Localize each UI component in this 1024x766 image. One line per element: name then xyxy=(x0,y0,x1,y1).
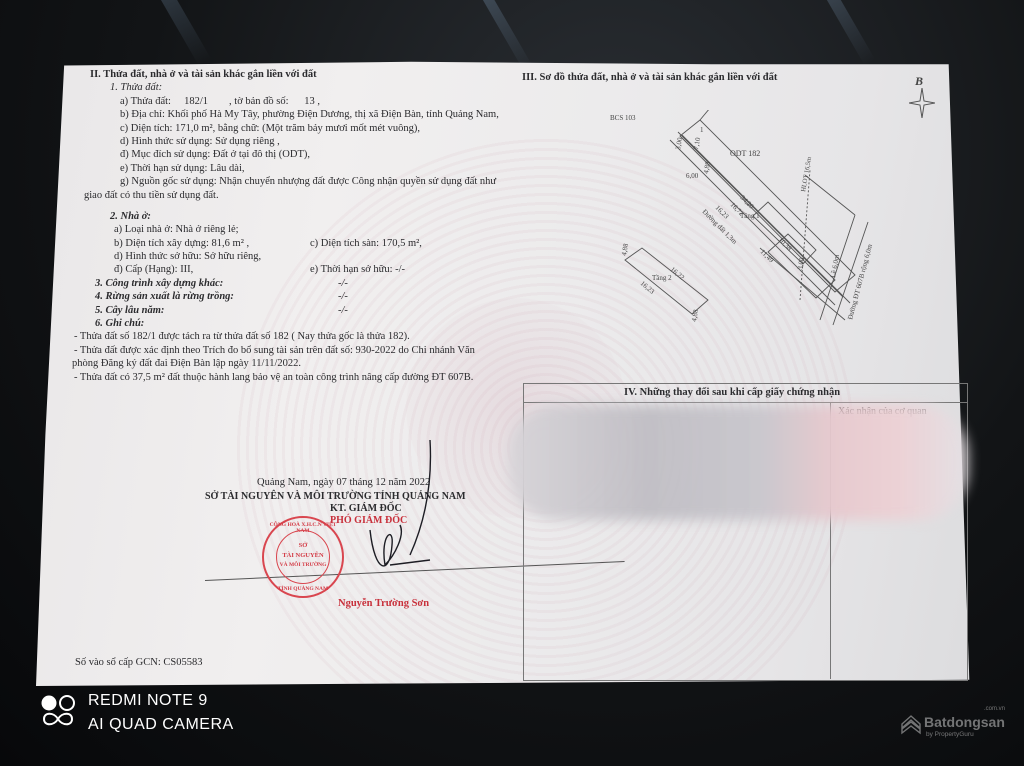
batdongsan-tagline: by PropertyGuru xyxy=(926,731,974,738)
signature-scribble xyxy=(350,435,460,575)
land-address: b) Địa chỉ: Khối phố Hà My Tây, phường Đ… xyxy=(90,108,520,121)
land-origin-cont: giao đất có thu tiền sử dụng đất. xyxy=(84,189,520,202)
diagram-label-odt: ODT 182 xyxy=(730,149,760,158)
svg-text:Lề 6,0m: Lề 6,0m xyxy=(829,253,841,278)
house-title: 2. Nhà ở: xyxy=(90,210,520,223)
land-use-purpose: đ) Mục đích sử dụng: Đất ở tại đô thị (O… xyxy=(90,148,520,161)
privacy-blur-overlay xyxy=(508,405,968,520)
house-build-area: b) Diện tích xây dựng: 81,6 m² , xyxy=(114,238,249,249)
diagram-label-corridor: HLOT 16,5m xyxy=(800,156,813,192)
svg-text:10,38: 10,38 xyxy=(777,236,794,253)
house-grade: đ) Cấp (Hạng): III, xyxy=(114,264,193,275)
parcel-diagram: BCS 103 ODT 182 1 3,00 7,10 6,00 4,88 34… xyxy=(590,110,890,370)
parcel-number: 182/1 xyxy=(184,96,208,107)
land-area: c) Diện tích: 171,0 m², bằng chữ: (Một t… xyxy=(90,122,520,135)
note-2-cont: phòng Đăng ký đất đai Điện Bàn lập ngày … xyxy=(72,357,520,370)
camera-tagline: AI QUAD CAMERA xyxy=(88,716,234,734)
perennial-trees: 5. Cây lâu năm: -/- xyxy=(90,304,520,317)
land-parcel: a) Thửa đất: 182/1 , tờ bản đồ số: 13 , xyxy=(90,95,520,108)
background-light-streak xyxy=(89,0,211,66)
camera-logo-icon xyxy=(40,694,76,728)
other-construction: 3. Công trình xây dựng khác: -/- xyxy=(90,277,520,290)
registry-number: Số vào sổ cấp GCN: CS05583 xyxy=(75,656,202,669)
signer-name: Nguyễn Trường Sơn xyxy=(338,598,429,609)
svg-text:6,00: 6,00 xyxy=(686,172,699,180)
house-ownership-term: e) Thời hạn sở hữu: -/- xyxy=(310,263,405,276)
land-use-form: d) Hình thức sử dụng: Sử dụng riêng , xyxy=(90,135,520,148)
house-type: a) Loại nhà ở: Nhà ở riêng lẻ; xyxy=(90,223,520,236)
official-red-stamp: CỘNG HOÀ X.H.C.N VIỆT NAM SỞ TÀI NGUYÊN … xyxy=(262,516,344,598)
batdongsan-domain: .com.vn xyxy=(984,706,1005,712)
batdongsan-brand: Batdongsan xyxy=(924,714,1005,730)
map-sheet-number: 13 xyxy=(304,96,315,107)
svg-text:4,88: 4,88 xyxy=(702,160,712,174)
diagram-label-floor1: Tầng 1 xyxy=(740,212,760,220)
land-use-term: e) Thời hạn sử dụng: Lâu dài, xyxy=(90,162,520,175)
diagram-label-road-dt607b: Đường ĐT 607B rộng 6,0m xyxy=(846,243,874,321)
land-origin: g) Nguồn gốc sử dụng: Nhận chuyển nhượng… xyxy=(90,175,520,188)
svg-text:7,10: 7,10 xyxy=(692,136,702,150)
section-ii: II. Thửa đất, nhà ở và tài sản khác gắn … xyxy=(90,68,520,384)
diagram-label-bcs: BCS 103 xyxy=(610,114,636,122)
note-3: - Thửa đất có 37,5 m² đất thuộc hành lan… xyxy=(74,371,520,384)
note-1: - Thửa đất số 182/1 được tách ra từ thửa… xyxy=(74,330,520,343)
svg-text:4,88: 4,88 xyxy=(690,308,700,322)
svg-text:1: 1 xyxy=(700,126,704,134)
north-label: B xyxy=(915,74,923,89)
section-ii-heading: II. Thửa đất, nhà ở và tài sản khác gắn … xyxy=(90,68,520,81)
diagram-label-floor2: Tầng 2 xyxy=(652,274,672,282)
section-iii-heading: III. Sơ đồ thửa đất, nhà ở và tài sản kh… xyxy=(522,72,777,83)
notes-title: 6. Ghi chú: xyxy=(90,317,520,330)
camera-model: REDMI NOTE 9 xyxy=(88,692,208,710)
note-2: - Thửa đất được xác định theo Trích đo b… xyxy=(74,344,520,357)
section-iv-heading: IV. Những thay đổi sau khi cấp giấy chứn… xyxy=(624,387,840,398)
north-arrow: B xyxy=(905,74,939,118)
svg-text:3,00: 3,00 xyxy=(674,136,684,150)
svg-text:11,49: 11,49 xyxy=(759,248,776,265)
house-areas: b) Diện tích xây dựng: 81,6 m² , c) Diện… xyxy=(90,237,520,250)
compass-star-icon xyxy=(909,88,935,118)
background-light-streak xyxy=(765,0,875,66)
svg-text:3,00: 3,00 xyxy=(796,256,806,270)
batdongsan-logo-icon xyxy=(900,714,922,736)
house-floor-area: c) Diện tích sàn: 170,5 m², xyxy=(310,237,422,250)
house-ownership: d) Hình thức sở hữu: Sở hữu riêng, xyxy=(90,250,520,263)
planted-forest: 4. Rừng sản xuất là rừng trồng: -/- xyxy=(90,290,520,303)
land-title: 1. Thửa đất: xyxy=(90,81,520,94)
svg-text:4,88: 4,88 xyxy=(620,242,630,256)
house-grade-row: đ) Cấp (Hạng): III, e) Thời hạn sở hữu: … xyxy=(90,263,520,276)
